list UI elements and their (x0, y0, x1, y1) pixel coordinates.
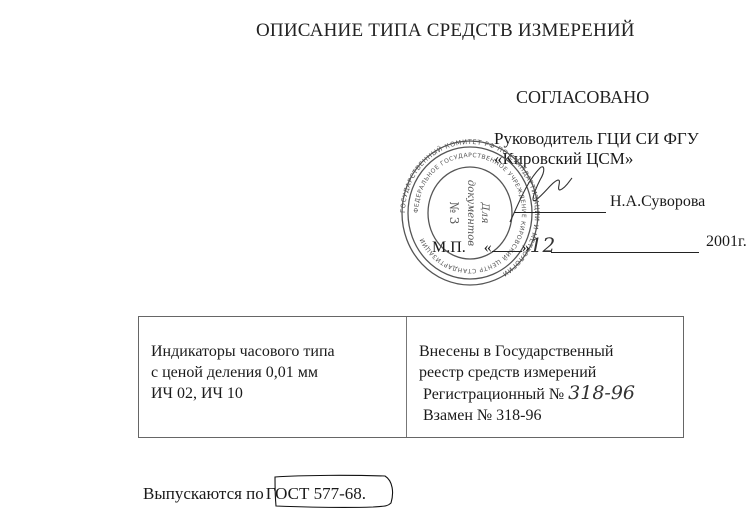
date-line (551, 252, 699, 253)
registry-info-cell: Внесены в Государственный реестр средств… (407, 317, 683, 437)
approval-heading: СОГЛАСОВАНО (516, 87, 649, 108)
replacement-line: Взамен № 318-96 (419, 405, 683, 426)
date-month-handwritten: 12 (530, 233, 555, 257)
registration-label: Регистрационный № (419, 386, 564, 403)
instrument-description-cell: Индикаторы часового типа с ценой деления… (139, 317, 407, 437)
signature-line (514, 212, 606, 213)
registration-number-handwritten: 318-96 (568, 382, 635, 404)
document-title: ОПИСАНИЕ ТИПА СРЕДСТВ ИЗМЕРЕНИЙ (256, 20, 635, 42)
date-open-quote: « (484, 239, 492, 256)
instrument-line: с ценой деления 0,01 мм (151, 362, 406, 383)
registry-line: реестр средств измерений (419, 362, 683, 383)
registry-line: Внесены в Государственный (419, 341, 683, 362)
registration-table: Индикаторы часового типа с ценой деления… (138, 316, 684, 438)
seal-center-number: № 3 (447, 202, 461, 225)
instrument-line: ИЧ 02, ИЧ 10 (151, 383, 406, 404)
handwritten-signature (500, 160, 580, 230)
seal-center-line1: Для (479, 201, 490, 223)
signatory-name: Н.А.Суворова (610, 193, 705, 211)
approval-year: 2001г. (706, 233, 747, 251)
registration-number-row: Регистрационный № 318-96 (419, 383, 683, 405)
seal-label: М.П. (432, 239, 466, 256)
release-prefix: Выпускаются по (143, 484, 264, 503)
instrument-line: Индикаторы часового типа (151, 341, 406, 362)
date-close-quote: » (522, 239, 530, 256)
hand-drawn-outline (273, 473, 395, 509)
seal-place-label: М.П. «»12 (432, 233, 555, 257)
